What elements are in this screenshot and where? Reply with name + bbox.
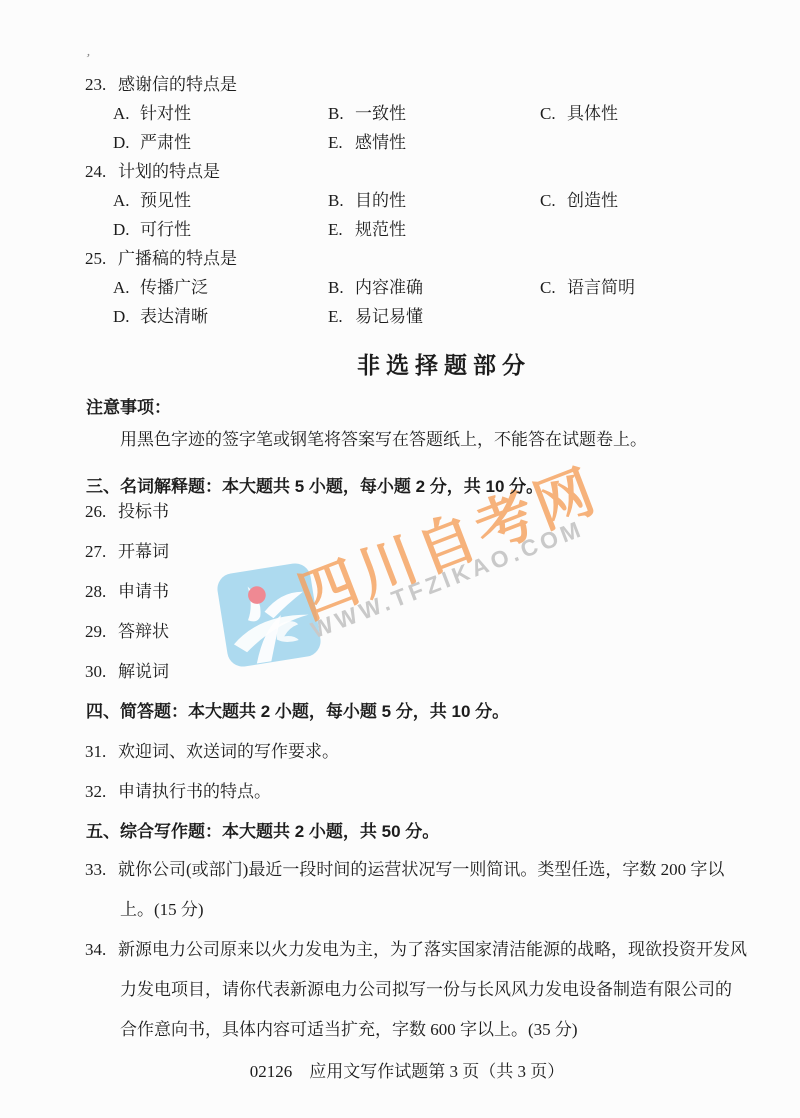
question-line: 33.就你公司(或部门)最近一段时间的运营状况写一则简讯。类型任选，字数 200… [85, 850, 800, 890]
option-e: E.感情性 [328, 128, 540, 157]
question-number: 27. [85, 532, 118, 572]
mcq-question-25: 25.广播稿的特点是 A.传播广泛 B.内容准确 C.语言简明 D.表达清晰 E… [0, 244, 800, 331]
option-a: A.传播广泛 [113, 273, 328, 302]
option-label: E. [328, 215, 355, 244]
option-text: 感情性 [355, 133, 406, 152]
question-number: 25. [85, 244, 118, 273]
section5-header: 五、综合写作题：本大题共 2 小题，共 50 分。 [86, 817, 800, 847]
option-label: A. [113, 186, 140, 215]
section3-items: 26.投标书 27.开幕词 28.申请书 29.答辩状 30.解说词 [0, 492, 800, 692]
question-line: 合作意向书，具体内容可适当扩充，字数 600 字以上。(35 分) [120, 1010, 800, 1050]
option-c: C.具体性 [540, 99, 800, 128]
question-number: 32. [85, 772, 118, 812]
options-grid: A.针对性 B.一致性 C.具体性 D.严肃性 E.感情性 [113, 99, 800, 157]
option-label: D. [113, 302, 140, 331]
option-text: 严肃性 [140, 133, 191, 152]
question-number: 24. [85, 157, 118, 186]
question-text: 申请执行书的特点。 [118, 782, 271, 801]
option-label: C. [540, 273, 567, 302]
option-label: A. [113, 273, 140, 302]
option-text: 表达清晰 [140, 307, 208, 326]
question-number: 28. [85, 572, 118, 612]
exam-content: 23.感谢信的特点是 A.针对性 B.一致性 C.具体性 D.严肃性 E.感情性… [0, 0, 800, 1050]
option-e: E.易记易懂 [328, 302, 540, 331]
section4-header: 四、简答题：本大题共 2 小题，每小题 5 分，共 10 分。 [86, 697, 800, 727]
option-d: D.表达清晰 [113, 302, 328, 331]
section4-items: 31.欢迎词、欢送词的写作要求。 32.申请执行书的特点。 [0, 732, 800, 812]
question-line: 力发电项目，请你代表新源电力公司拟写一份与长风风力发电设备制造有限公司的 [120, 970, 800, 1010]
options-grid: A.预见性 B.目的性 C.创造性 D.可行性 E.规范性 [113, 186, 800, 244]
options-grid: A.传播广泛 B.内容准确 C.语言简明 D.表达清晰 E.易记易懂 [113, 273, 800, 331]
option-text: 规范性 [355, 220, 406, 239]
question-29: 29.答辩状 [85, 612, 800, 652]
option-label: C. [540, 186, 567, 215]
question-text: 新源电力公司原来以火力发电为主，为了落实国家清洁能源的战略，现欲投资开发风 [118, 940, 747, 959]
option-label: B. [328, 99, 355, 128]
option-label: B. [328, 186, 355, 215]
question-stem: 计划的特点是 [118, 162, 220, 181]
option-b: B.目的性 [328, 186, 540, 215]
option-text: 可行性 [140, 220, 191, 239]
option-label: B. [328, 273, 355, 302]
option-text: 目的性 [355, 191, 406, 210]
mcq-question-24: 24.计划的特点是 A.预见性 B.目的性 C.创造性 D.可行性 E.规范性 [0, 157, 800, 244]
question-number: 31. [85, 732, 118, 772]
option-text: 创造性 [567, 191, 618, 210]
option-label: E. [328, 128, 355, 157]
option-text: 预见性 [140, 191, 191, 210]
question-stem-row: 25.广播稿的特点是 [85, 244, 800, 273]
page-footer: 02126 应用文写作试题第 3 页（共 3 页） [0, 1057, 800, 1087]
question-text: 答辩状 [118, 622, 169, 641]
question-33: 33.就你公司(或部门)最近一段时间的运营状况写一则简讯。类型任选，字数 200… [0, 850, 800, 930]
option-b: B.一致性 [328, 99, 540, 128]
part-title: 非选择题部分 [357, 350, 800, 380]
option-text: 易记易懂 [355, 307, 423, 326]
question-text: 申请书 [118, 582, 169, 601]
question-text: 开幕词 [118, 542, 169, 561]
option-label: D. [113, 128, 140, 157]
question-30: 30.解说词 [85, 652, 800, 692]
option-text: 语言简明 [567, 278, 635, 297]
question-line: 34.新源电力公司原来以火力发电为主，为了落实国家清洁能源的战略，现欲投资开发风 [85, 930, 800, 970]
option-text: 具体性 [567, 104, 618, 123]
question-text: 欢迎词、欢送词的写作要求。 [118, 742, 339, 761]
option-c: C.语言简明 [540, 273, 800, 302]
mcq-question-23: 23.感谢信的特点是 A.针对性 B.一致性 C.具体性 D.严肃性 E.感情性 [0, 70, 800, 157]
question-32: 32.申请执行书的特点。 [85, 772, 800, 812]
option-d: D.严肃性 [113, 128, 328, 157]
question-number: 34. [85, 930, 118, 970]
question-28: 28.申请书 [85, 572, 800, 612]
question-text: 投标书 [118, 502, 169, 521]
option-text: 内容准确 [355, 278, 423, 297]
option-label: C. [540, 99, 567, 128]
question-number: 30. [85, 652, 118, 692]
question-number: 26. [85, 492, 118, 532]
option-c: C.创造性 [540, 186, 800, 215]
notice-text: 用黑色字迹的签字笔或钢笔将答案写在答题纸上，不能答在试题卷上。 [120, 425, 800, 455]
question-line: 上。(15 分) [120, 890, 800, 930]
question-number: 29. [85, 612, 118, 652]
option-d: D.可行性 [113, 215, 328, 244]
question-text: 解说词 [118, 662, 169, 681]
question-stem: 感谢信的特点是 [118, 75, 237, 94]
question-text: 就你公司(或部门)最近一段时间的运营状况写一则简讯。类型任选，字数 200 字以 [118, 860, 724, 879]
notice-label: 注意事项： [86, 393, 800, 423]
question-stem-row: 24.计划的特点是 [85, 157, 800, 186]
option-text: 一致性 [355, 104, 406, 123]
option-text: 传播广泛 [140, 278, 208, 297]
option-text: 针对性 [140, 104, 191, 123]
question-34: 34.新源电力公司原来以火力发电为主，为了落实国家清洁能源的战略，现欲投资开发风… [0, 930, 800, 1050]
question-27: 27.开幕词 [85, 532, 800, 572]
question-31: 31.欢迎词、欢送词的写作要求。 [85, 732, 800, 772]
option-label: A. [113, 99, 140, 128]
option-a: A.针对性 [113, 99, 328, 128]
question-stem-row: 23.感谢信的特点是 [85, 70, 800, 99]
option-label: D. [113, 215, 140, 244]
exam-paper-page: 四川自考网 WWW.TFZIKAO.COM ’ 23.感谢信的特点是 A.针对性… [0, 0, 800, 1118]
question-number: 23. [85, 70, 118, 99]
option-label: E. [328, 302, 355, 331]
question-stem: 广播稿的特点是 [118, 249, 237, 268]
option-a: A.预见性 [113, 186, 328, 215]
question-number: 33. [85, 850, 118, 890]
option-e: E.规范性 [328, 215, 540, 244]
option-b: B.内容准确 [328, 273, 540, 302]
